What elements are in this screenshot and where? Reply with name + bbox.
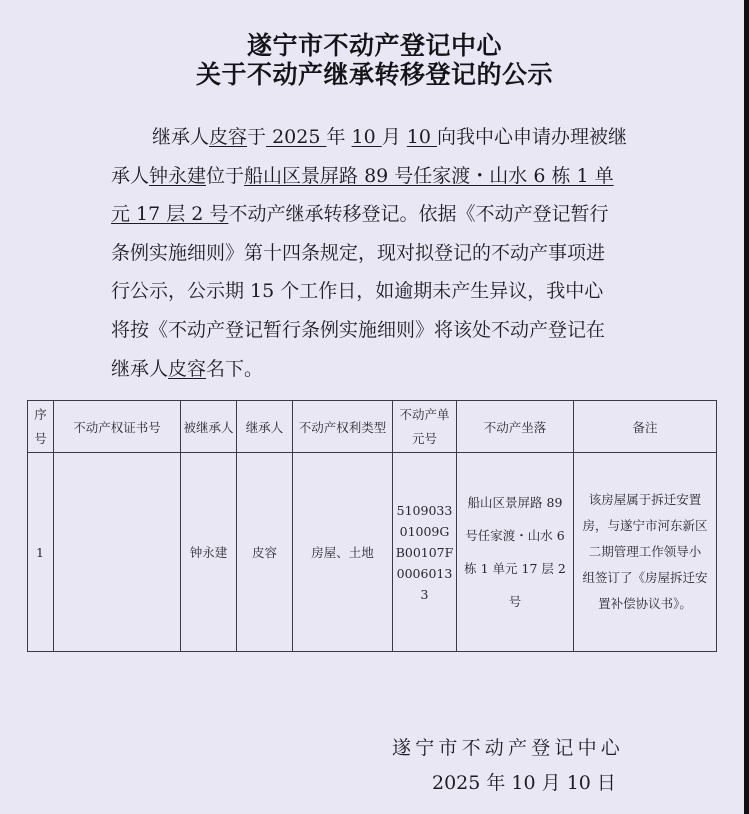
text: 船山区景屏路 89 [457,486,573,519]
col-header-decedent: 被继承人 [181,401,237,453]
cell-location: 船山区景屏路 89 号任家渡・山水 6 栋 1 单元 17 层 2 号 [457,453,574,652]
cell-unit-no: 5109033 01009G B00107F 0006013 3 [393,453,457,652]
text: 继承人 [152,126,209,148]
text: 不动产继承转移登记。依据《不动产登记暂行 [228,203,608,225]
decedent-name: 钟永建 [149,165,206,187]
text: 序 [28,403,53,427]
application-month: 10 [352,126,382,148]
text: B00107F [393,542,456,563]
text: 年 [326,126,351,148]
cell-decedent: 钟永建 [181,453,237,652]
col-header-unit-no: 不动产单 元号 [393,401,457,453]
text: 元号 [393,427,456,451]
cell-seq: 1 [28,453,54,652]
cell-remark: 该房屋属于拆迁安置 房，与遂宁市河东新区 二期管理工作领导小 组签订了《房屋拆迁… [574,453,717,652]
body-line-3: 元 17 层 2 号不动产继承转移登记。依据《不动产登记暂行 [111,195,636,234]
application-day: 10 [407,126,437,148]
table-row: 1 钟永建 皮容 房屋、土地 5109033 01009G B00107F 00… [28,453,717,652]
col-header-seq: 序 号 [28,401,54,453]
notice-body: 继承人皮容于 2025 年 10 月 10 向我中心申请办理被继 承人钟永建位于… [111,118,636,388]
property-address-part2: 元 17 层 2 号 [111,203,228,225]
text: 3 [393,584,456,605]
text: 01009G [393,521,456,542]
issuing-organization: 遂宁市不动产登记中心 [392,733,624,760]
text: 位于 [206,165,244,187]
heir-name: 皮容 [168,358,206,380]
text: 名下。 [206,358,263,380]
text: 号 [28,427,53,451]
document-title-subject: 关于不动产继承转移登记的公示 [0,55,749,91]
text: 向我中心申请办理被继 [437,126,627,148]
notice-table: 序 号 不动产权证书号 被继承人 继承人 不动产权利类型 不动产单 元号 不动产… [27,400,717,652]
body-line-2: 承人钟永建位于船山区景屏路 89 号任家渡・山水 6 栋 1 单 [111,157,636,196]
text: 二期管理工作领导小 [574,539,716,565]
text: 号 [457,585,573,618]
text: 继承人 [111,358,168,380]
cell-right-type: 房屋、土地 [293,453,393,652]
cell-cert-no [54,453,181,652]
body-line-6: 将按《不动产登记暂行条例实施细则》将该处不动产登记在 [111,311,636,350]
col-header-location: 不动产坐落 [457,401,574,453]
scan-edge-strip [744,0,749,814]
text: 0006013 [393,563,456,584]
text: 组签订了《房屋拆迁安 [574,565,716,591]
col-header-right-type: 不动产权利类型 [293,401,393,453]
property-address-part1: 船山区景屏路 89 号任家渡・山水 6 栋 1 单 [244,165,614,187]
cell-heir: 皮容 [237,453,293,652]
heir-name: 皮容 [209,126,247,148]
application-year: 2025 [266,126,326,148]
text: 置补偿协议书》。 [574,591,716,617]
body-line-5: 行公示，公示期 15 个工作日，如逾期未产生异议，我中心 [111,272,636,311]
issue-date: 2025 年 10 月 10 日 [432,768,616,795]
text: 不动产单 [393,403,456,427]
body-line-7: 继承人皮容名下。 [111,350,636,389]
body-line-1: 继承人皮容于 2025 年 10 月 10 向我中心申请办理被继 [111,118,636,157]
col-header-cert-no: 不动产权证书号 [54,401,181,453]
table-header-row: 序 号 不动产权证书号 被继承人 继承人 不动产权利类型 不动产单 元号 不动产… [28,401,717,453]
body-line-4: 条例实施细则》第十四条规定，现对拟登记的不动产事项进 [111,234,636,273]
text: 号任家渡・山水 6 [457,519,573,552]
text: 该房屋属于拆迁安置 [574,487,716,513]
text: 于 [247,126,266,148]
text: 5109033 [393,500,456,521]
col-header-remark: 备注 [574,401,717,453]
text: 月 [382,126,407,148]
col-header-heir: 继承人 [237,401,293,453]
text: 房，与遂宁市河东新区 [574,513,716,539]
text: 承人 [111,165,149,187]
text: 栋 1 单元 17 层 2 [457,552,573,585]
